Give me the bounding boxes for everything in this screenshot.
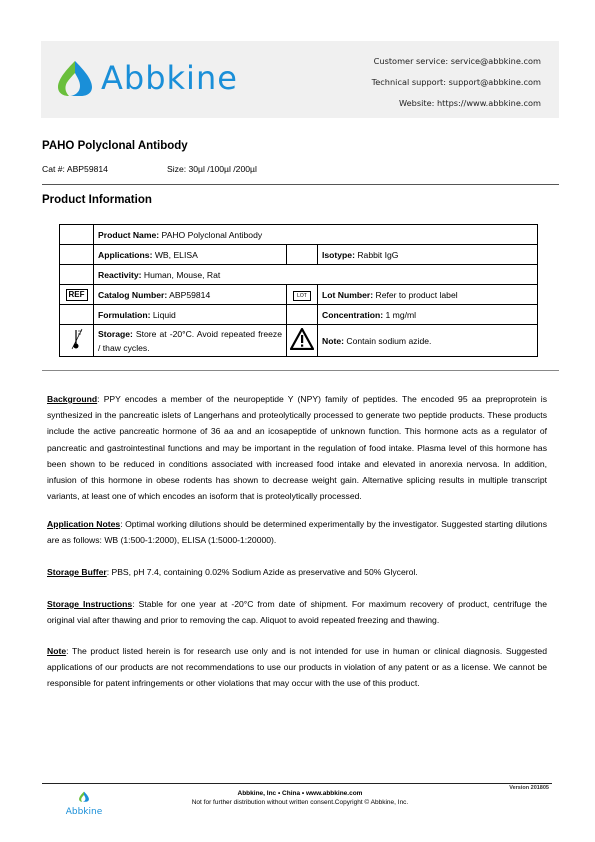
table-row: Applications: WB, ELISA Isotype: Rabbit … (60, 245, 538, 265)
size-options: Size: 30µl /100µl /200µl (167, 164, 257, 174)
note-cell: Note: Contain sodium azide. (318, 325, 538, 357)
product-name-cell: Product Name: PAHO Polyclonal Antibody (94, 225, 538, 245)
warning-icon (290, 328, 314, 350)
customer-service-link[interactable]: Customer service: service@abbkine.com (372, 51, 541, 72)
brand-name: Abbkine (101, 59, 238, 97)
formulation-cell: Formulation: Liquid (94, 305, 287, 325)
footer-logo: Abbkine (60, 789, 108, 817)
product-title: PAHO Polyclonal Antibody (42, 140, 188, 152)
contact-info: Customer service: service@abbkine.com Te… (372, 51, 541, 114)
divider (42, 370, 559, 371)
thermometer-icon (70, 327, 84, 351)
table-row: Storage: Store at -20°C. Avoid repeated … (60, 325, 538, 357)
divider (42, 184, 559, 185)
concentration-cell: Concentration: 1 mg/ml (318, 305, 538, 325)
note-paragraph: Note: The product listed herein is for r… (47, 643, 547, 692)
website-link[interactable]: Website: https://www.abbkine.com (372, 93, 541, 114)
footer-brand: Abbkine (60, 807, 108, 817)
ref-icon: REF (66, 289, 88, 301)
header-banner: Abbkine Customer service: service@abbkin… (41, 41, 559, 118)
table-row: Formulation: Liquid Concentration: 1 mg/… (60, 305, 538, 325)
storage-buffer-paragraph: Storage Buffer: PBS, pH 7.4, containing … (47, 564, 547, 580)
technical-support-link[interactable]: Technical support: support@abbkine.com (372, 72, 541, 93)
footer-copyright: Not for further distribution without wri… (150, 798, 450, 807)
catalog-number: Cat #: ABP59814 (42, 164, 108, 174)
catalog-line: Cat #: ABP59814 Size: 30µl /100µl /200µl (42, 164, 108, 174)
applications-cell: Applications: WB, ELISA (94, 245, 287, 265)
isotype-cell: Isotype: Rabbit IgG (318, 245, 538, 265)
catalog-number-cell: Catalog Number: ABP59814 (94, 285, 287, 305)
table-row: Product Name: PAHO Polyclonal Antibody (60, 225, 538, 245)
company-logo: Abbkine (55, 55, 275, 101)
footer-divider (42, 783, 552, 784)
footer-text: Abbkine, Inc • China • www.abbkine.com N… (150, 789, 450, 807)
table-row: Reactivity: Human, Mouse, Rat (60, 265, 538, 285)
abbkine-drop-icon (78, 791, 90, 802)
background-paragraph: Background: PPY encodes a member of the … (47, 391, 547, 504)
section-title: Product Information (42, 194, 152, 206)
table-row: REF Catalog Number: ABP59814 LOT Lot Num… (60, 285, 538, 305)
application-notes-paragraph: Application Notes: Optimal working dilut… (47, 516, 547, 548)
storage-cell: Storage: Store at -20°C. Avoid repeated … (94, 325, 287, 357)
version-label: Version 201805 (509, 785, 549, 791)
product-info-table: Product Name: PAHO Polyclonal Antibody A… (59, 224, 538, 357)
lot-icon: LOT (293, 291, 311, 301)
footer-company-line: Abbkine, Inc • China • www.abbkine.com (150, 789, 450, 798)
storage-instructions-paragraph: Storage Instructions: Stable for one yea… (47, 596, 547, 628)
abbkine-drop-icon (55, 59, 95, 97)
lot-number-cell: Lot Number: Refer to product label (318, 285, 538, 305)
reactivity-cell: Reactivity: Human, Mouse, Rat (94, 265, 538, 285)
